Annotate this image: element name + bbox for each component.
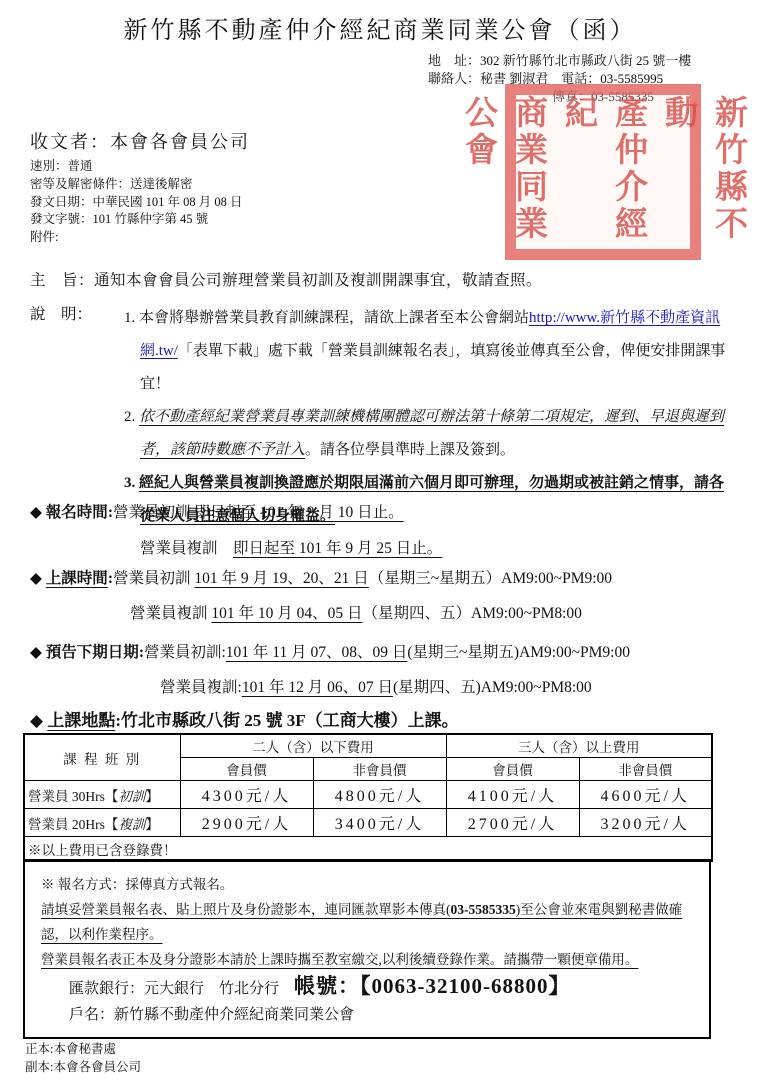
class-time-line-2: 營業員複訓 101 年 10 月 04、05 日（星期四、五）AM9:00~PM… — [130, 601, 582, 623]
class-location-line: ◆ 上課地點:竹北市縣政八街 25 號 3F（工商大樓）上課。 — [30, 706, 459, 731]
fee-row-label: 營業員 30Hrs【初訓】 — [24, 781, 180, 809]
text-segment: 複訓 — [118, 817, 145, 832]
text-segment: 竹北市縣政八街 25 號 3F（工商大樓）上課。 — [121, 711, 459, 730]
text-segment: 2. — [124, 409, 139, 425]
signup-fax-instruction: 請填妥營業員報名表、貼上照片及身份證影本，連同匯款單影本傳真(03-558533… — [41, 897, 693, 947]
text-segment: 初訓 — [118, 789, 145, 804]
text-segment: 03-5585335 — [451, 902, 516, 917]
fee-table-course-header: 課 程 班 別 — [24, 734, 180, 781]
fee-cell: 2700元/人 — [446, 809, 579, 837]
seal-column: 產仲介經紀 — [553, 95, 653, 249]
text-segment: ◆ — [30, 570, 46, 587]
meta-line-issue-date: 發文日期：中華民國 101 年 08 月 08 日 — [30, 194, 243, 212]
bank-account-line: 匯款銀行：元大銀行 竹北分行 帳號：【0063-32100-68800】 — [41, 972, 693, 1003]
fee-table-subheader-member: 會員價 — [446, 758, 579, 781]
text-segment: 101 年 10 月 04、05 日 — [211, 605, 362, 622]
text-segment: 營業員複訓 — [140, 540, 233, 557]
meta-line-doc-number: 發文字號：101 竹縣仲字第 45 號 — [30, 211, 243, 229]
fee-table-subheader-nonmember: 非會員價 — [313, 758, 446, 781]
recipient-line: 收文者：本會各會員公司 — [30, 128, 250, 154]
text-segment: 營業員初訓 — [113, 504, 194, 521]
text-segment: （星期三~星期五）AM9:00~PM9:00 — [369, 570, 612, 587]
meta-line-classification: 密等及解密條件：送達後解密 — [30, 176, 243, 194]
seal-text: 新竹縣不動 產仲介經紀 商業同業公會 — [453, 95, 753, 249]
text-segment: 】 — [145, 789, 159, 804]
text-segment: ◆ — [30, 644, 46, 661]
text-segment: ◆ — [30, 711, 47, 730]
fee-table-footnote: ※以上費用已含登錄費！ — [24, 837, 712, 862]
text-segment: ◆ — [30, 504, 46, 521]
text-segment: 即日起至 101 年 9 月 25 日止。 — [233, 540, 442, 557]
seal-column: 新竹縣不動 — [653, 95, 753, 249]
fee-cell: 4300元/人 — [180, 781, 313, 809]
text-segment: 即日起至 101 年 9 月 10 日止。 — [194, 504, 403, 521]
subject-line: 主 旨：通知本會會員公司辦理營業員初訓及複訓開課事宜，敬請查照。 — [30, 268, 542, 290]
fee-table-group-two: 二人（含）以下費用 — [180, 734, 446, 758]
fee-table-footnote-row: ※以上費用已含登錄費！ — [24, 837, 712, 862]
text-segment: 101 年 11 月 07、08、09 日 — [226, 644, 408, 661]
meta-block: 速別：普通 密等及解密條件：送達後解密 發文日期：中華民國 101 年 08 月… — [30, 158, 243, 247]
letter-page: 新竹縣不動產仲介經紀商業同業公會（函） 地 址：302 新竹縣竹北市縣政八街 2… — [0, 0, 760, 1084]
explanation-item-2: 2. 依不動產經紀業營業員專業訓練機構團體認可辦法第十條第二項規定，遲到、早退與… — [124, 401, 736, 467]
fee-table-subheader-nonmember: 非會員價 — [579, 758, 712, 781]
text-segment: 。請各位學員準時上課及簽到。 — [305, 442, 515, 458]
explanation-items: 1. 本會將舉辦營業員教育訓練課程，請欲上課者至本公會網站http://www.… — [124, 302, 736, 533]
fee-cell: 4600元/人 — [579, 781, 712, 809]
text-segment: 101 年 12 月 06、07 日 — [242, 679, 393, 696]
text-segment: 營業員報名表正本及身分證影本請於上課時攜至教室繳交,以利後續登錄作業。請攜帶一顆… — [41, 952, 638, 967]
contact-address: 地 址：302 新竹縣竹北市縣政八街 25 號一樓 — [428, 52, 691, 70]
text-segment: 「表單下載」處下載「營業員訓練報名表」，填寫後並傳真至公會，俾便安排開課事宜！ — [140, 343, 725, 392]
meta-line-attachment: 附件: — [30, 229, 243, 247]
explanation-item-1: 1. 本會將舉辦營業員教育訓練課程，請欲上課者至本公會網站http://www.… — [124, 302, 736, 401]
text-segment: 上課時間 — [46, 570, 108, 587]
association-seal-stamp: 新竹縣不動 產仲介經紀 商業同業公會 — [505, 84, 701, 260]
fee-table-group-three: 三人（含）以上費用 — [446, 734, 712, 758]
text-segment: 營業員複訓: — [160, 679, 242, 696]
text-segment: 匯款銀行：元大銀行 竹北分行 — [69, 981, 294, 997]
signup-method-line: ※ 報名方式：採傳真方式報名。 — [41, 872, 693, 897]
text-segment: 預告下期日期 — [46, 644, 139, 661]
copy-distribution-block: 正本:本會秘書處 副本:本會各會員公司 — [25, 1040, 141, 1076]
fee-table-row-refresher-training: 營業員 20Hrs【複訓】 2900元/人 3400元/人 2700元/人 32… — [24, 809, 712, 837]
fee-cell: 2900元/人 — [180, 809, 313, 837]
seal-column: 商業同業公會 — [453, 95, 553, 249]
fee-table: 課 程 班 別 二人（含）以下費用 三人（含）以上費用 會員價 非會員價 會員價… — [23, 733, 713, 862]
next-session-line-1: ◆ 預告下期日期:營業員初訓:101 年 11 月 07、08、09 日(星期三… — [30, 640, 630, 662]
fee-table-group-header-row: 課 程 班 別 二人（含）以下費用 三人（含）以上費用 — [24, 734, 712, 758]
text-segment: 上課地點 — [47, 711, 115, 730]
registration-time-line-1: ◆ 報名時間:營業員初訓 即日起至 101 年 9 月 10 日止。 — [30, 500, 404, 522]
text-segment: 營業員 20Hrs【 — [28, 817, 118, 832]
text-segment: 3. — [124, 475, 139, 491]
text-segment: 營業員初訓: — [144, 644, 226, 661]
text-segment: 請填妥營業員報名表、貼上照片及身份證影本，連同匯款單影本傳真( — [41, 902, 451, 917]
text-segment: 101 年 9 月 19、20、21 日 — [194, 570, 368, 587]
text-segment: 營業員複訓 — [130, 605, 211, 622]
original-copy-line: 正本:本會秘書處 — [25, 1040, 141, 1058]
letter-title: 新竹縣不動產仲介經紀商業同業公會（函） — [0, 10, 760, 45]
fee-cell: 4100元/人 — [446, 781, 579, 809]
fee-cell: 3200元/人 — [579, 809, 712, 837]
explanation-label: 說 明： — [30, 302, 92, 324]
text-segment: ※ 報名方式：採傳真方式報名。 — [41, 877, 233, 892]
text-segment: (星期四、五)AM9:00~PM8:00 — [393, 679, 592, 696]
registration-time-line-2: 營業員複訓 即日起至 101 年 9 月 25 日止。 — [140, 536, 442, 558]
next-session-line-2: 營業員複訓:101 年 12 月 06、07 日(星期四、五)AM9:00~PM… — [160, 675, 592, 697]
signup-info-box: ※ 報名方式：採傳真方式報名。 請填妥營業員報名表、貼上照片及身份證影本，連同匯… — [23, 859, 711, 1039]
fee-cell: 4800元/人 — [313, 781, 446, 809]
fee-table-row-initial-training: 營業員 30Hrs【初訓】 4300元/人 4800元/人 4100元/人 46… — [24, 781, 712, 809]
signup-original-instruction: 營業員報名表正本及身分證影本請於上課時攜至教室繳交,以利後續登錄作業。請攜帶一顆… — [41, 947, 693, 972]
text-segment: 1. 本會將舉辦營業員教育訓練課程，請欲上課者至本公會網站 — [124, 310, 529, 326]
text-segment: 】 — [145, 817, 159, 832]
text-segment: 報名時間 — [46, 504, 108, 521]
account-name-line: 戶名：新竹縣不動產仲介經紀商業同業公會 — [41, 1003, 693, 1027]
text-segment: (星期三~星期五)AM9:00~PM9:00 — [407, 644, 630, 661]
duplicate-copy-line: 副本:本會各會員公司 — [25, 1058, 141, 1076]
text-segment: 營業員 30Hrs【 — [28, 789, 118, 804]
meta-line-speed: 速別：普通 — [30, 158, 243, 176]
fee-cell: 3400元/人 — [313, 809, 446, 837]
text-segment: 帳號：【0063-32100-68800】 — [294, 974, 571, 998]
text-segment: 營業員初訓 — [113, 570, 194, 587]
text-segment: （星期四、五）AM9:00~PM8:00 — [363, 605, 582, 622]
fee-table-subheader-member: 會員價 — [180, 758, 313, 781]
fee-row-label: 營業員 20Hrs【複訓】 — [24, 809, 180, 837]
class-time-line-1: ◆ 上課時間:營業員初訓 101 年 9 月 19、20、21 日（星期三~星期… — [30, 566, 612, 588]
